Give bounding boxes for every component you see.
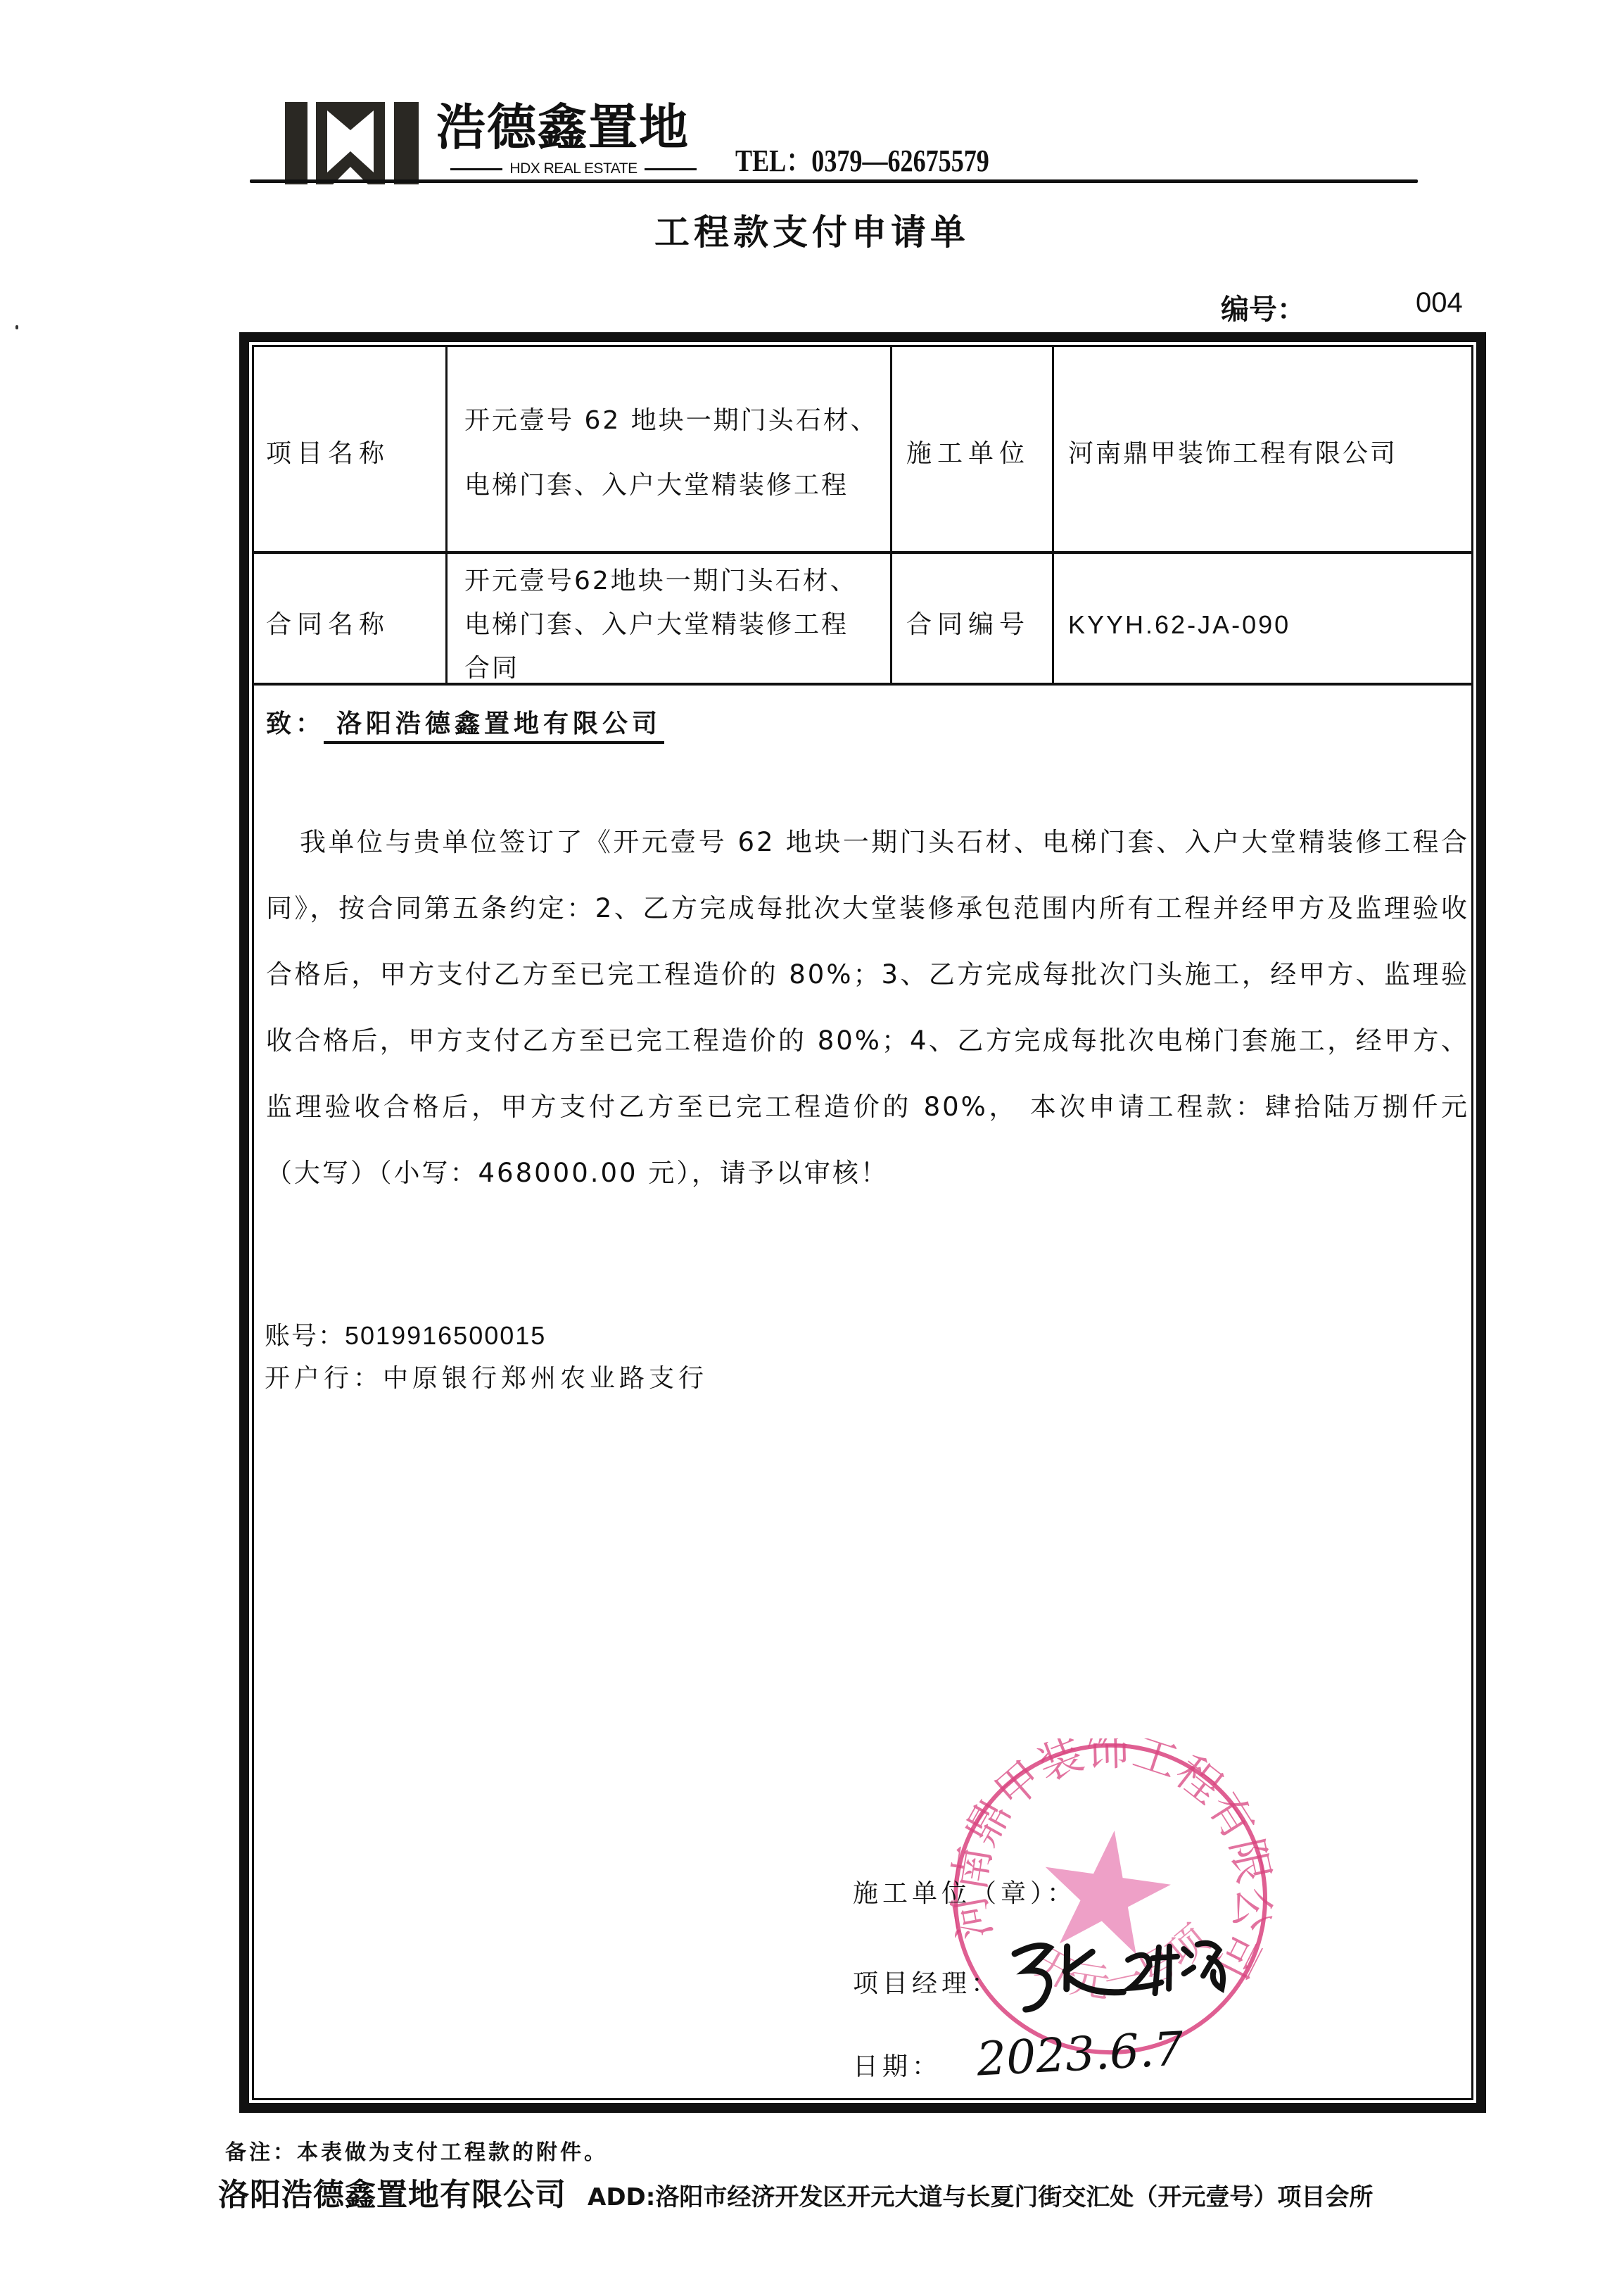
- footer-company: 洛阳浩德鑫置地有限公司: [218, 2169, 566, 2214]
- project-manager-signature: [1006, 1921, 1245, 2038]
- divider: [645, 168, 697, 170]
- telephone: TEL：0379—62675579: [735, 135, 989, 180]
- contract-name-line2: 电梯门套、入户大堂精装修工程: [464, 604, 849, 646]
- addressee-label: 致：: [266, 704, 325, 740]
- table-col-divider: [890, 345, 892, 684]
- table-col-divider: [1052, 345, 1054, 684]
- brand-name: 浩德鑫置地: [436, 97, 690, 158]
- document-title: 工程款支付申请单: [0, 204, 1624, 255]
- serial-number: 004: [1416, 287, 1463, 319]
- scan-speck: [15, 325, 18, 329]
- project-name-line2: 电梯门套、入户大堂精装修工程: [464, 465, 849, 507]
- project-name-line1: 开元壹号 62 地块一期门头石材、: [464, 400, 878, 442]
- tel-label: TEL：: [735, 144, 811, 178]
- addressee-value: 洛阳浩德鑫置地有限公司: [324, 704, 664, 744]
- table-col-divider: [445, 345, 448, 684]
- contract-number-value: KYYH.62-JA-090: [1068, 604, 1290, 646]
- table-bottom-divider: [252, 683, 1473, 686]
- brand-english: HDX REAL ESTATE: [509, 160, 637, 177]
- request-body: 我单位与贵单位签订了《开元壹号 62 地块一期门头石材、电梯门套、入户大堂精装修…: [266, 809, 1469, 1206]
- bank-value: 中原银行郑州农业路支行: [383, 1364, 708, 1393]
- brand-english-row: HDX REAL ESTATE: [450, 158, 697, 179]
- table-row-divider: [252, 551, 1473, 554]
- contract-name-label: 合同名称: [266, 604, 390, 646]
- contractor-label: 施工单位: [906, 433, 1030, 475]
- contract-name-line3: 合同: [464, 648, 519, 690]
- contract-name-line1: 开元壹号62地块一期门头石材、: [464, 560, 858, 602]
- divider: [450, 168, 502, 170]
- project-name-label: 项目名称: [266, 433, 390, 475]
- account-label: 账号：: [265, 1322, 345, 1351]
- header-divider: [250, 179, 1418, 183]
- date-label: 日期：: [853, 2047, 941, 2083]
- account-value: 5019916500015: [345, 1321, 546, 1350]
- contractor-seal-label: 施工单位（章）：: [853, 1874, 1077, 1909]
- contractor-value: 河南鼎甲装饰工程有限公司: [1068, 433, 1397, 475]
- footnote: 备注：本表做为支付工程款的附件。: [225, 2135, 608, 2166]
- project-manager-label: 项目经理：: [853, 1964, 1001, 2000]
- date-value: 2023.6.7: [975, 2021, 1185, 2086]
- bank-branch: 开户行：中原银行郑州农业路支行: [265, 1358, 708, 1394]
- contract-number-label: 合同编号: [906, 604, 1030, 646]
- serial-label: 编号：: [1221, 287, 1305, 327]
- bank-label: 开户行：: [265, 1364, 383, 1393]
- hdx-logo-icon: [285, 102, 419, 184]
- tel-value: 0379—62675579: [811, 144, 989, 178]
- footer-address: ADD:洛阳市经济开发区开元大道与长夏门街交汇处（开元壹号）项目会所: [588, 2178, 1373, 2212]
- account-number: 账号：5019916500015: [265, 1316, 546, 1352]
